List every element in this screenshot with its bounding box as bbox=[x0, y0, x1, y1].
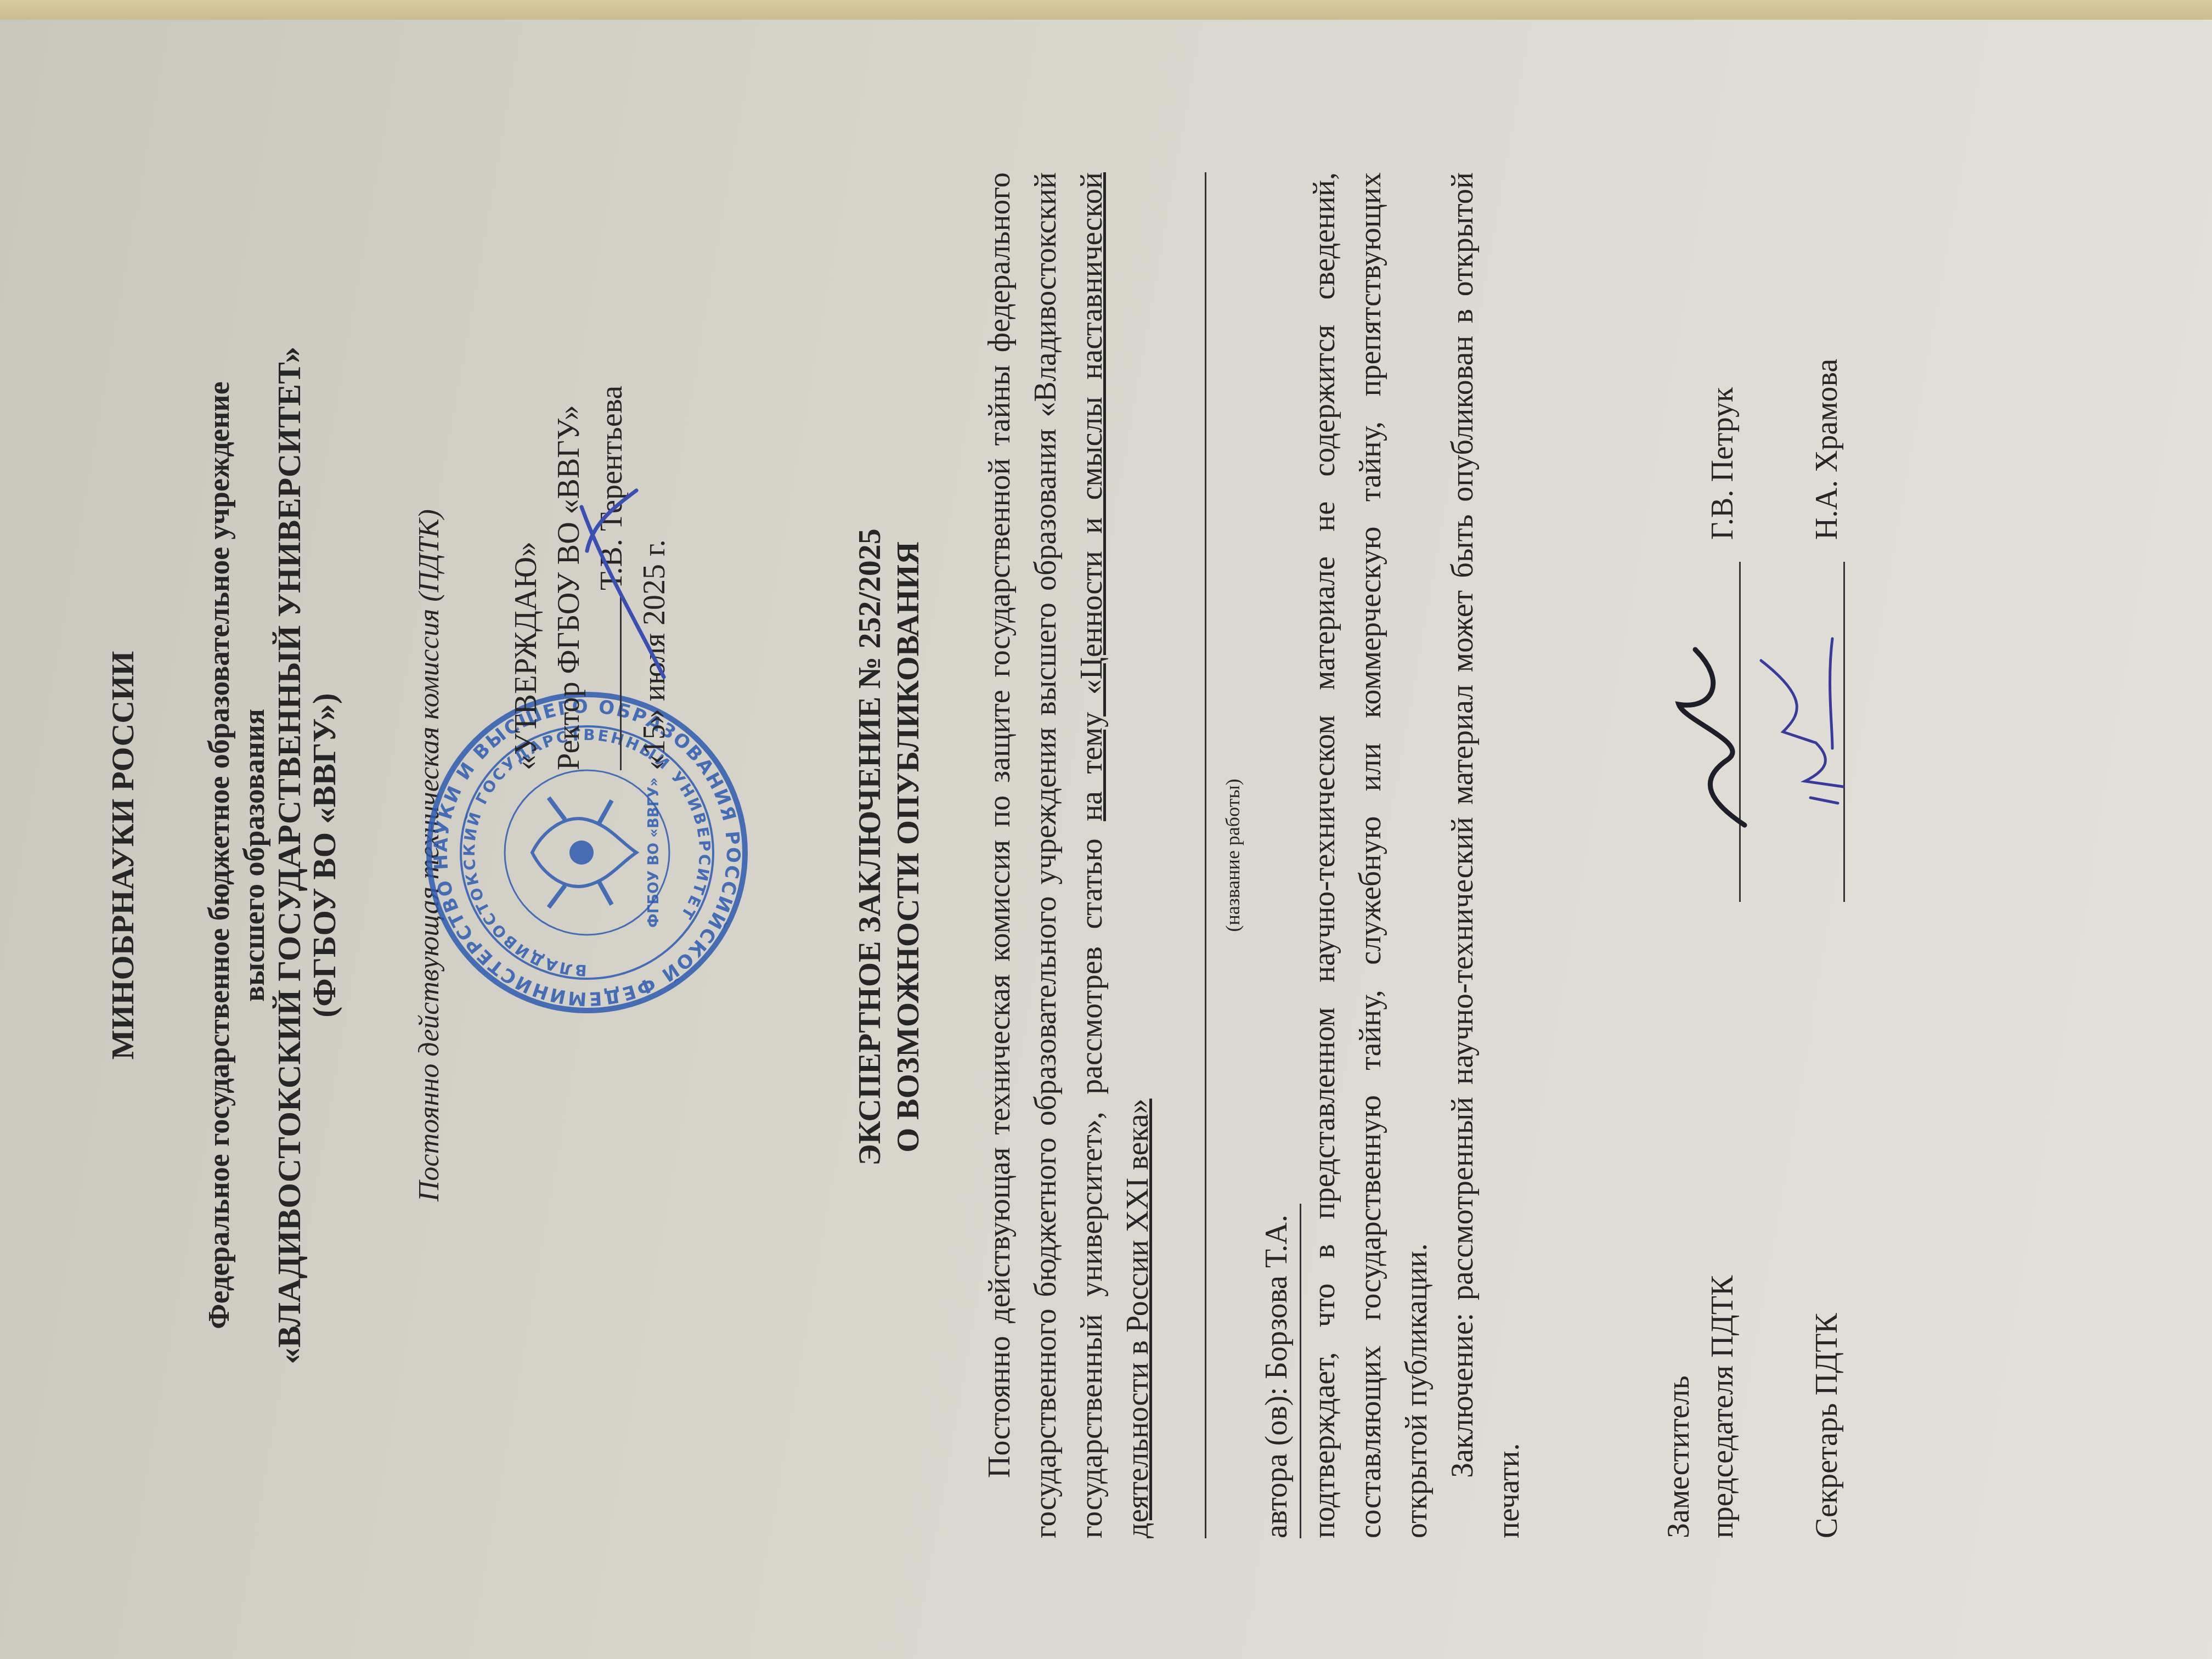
approval-block: «УТВЕРЖДАЮ» Ректор ФГБОУ ВО «ВВГУ» Т.В. … bbox=[505, 112, 676, 770]
deputy-name: Г.В. Петрук bbox=[1701, 387, 1745, 540]
approval-title: «УТВЕРЖДАЮ» bbox=[505, 112, 548, 770]
secretary-name: Н.А. Храмова bbox=[1805, 359, 1849, 540]
deputy-role: Заместитель председателя ПДТК bbox=[1657, 1099, 1745, 1538]
work-title-caption: (название работы) bbox=[1210, 172, 1254, 1538]
table-surface bbox=[0, 0, 2212, 22]
document-body: Постоянно действующая техническая комисс… bbox=[977, 172, 1532, 1538]
paragraph-confirmation: подтверждает, что в представленном научн… bbox=[1301, 172, 1440, 1538]
author-row: автора (ов): Борзова Т.А. bbox=[1254, 172, 1301, 1538]
secretary-signature-icon bbox=[1750, 617, 1860, 825]
paper-sheet: МИНОБРНАУКИ РОССИИ Федеральное государст… bbox=[0, 20, 2212, 1659]
org-line-1: Федеральное государственное бюджетное об… bbox=[201, 172, 236, 1538]
title-line-1: ЭКСПЕРТНОЕ ЗАКЛЮЧЕНИЕ № 252/2025 bbox=[850, 35, 889, 1659]
ministry-heading: МИНОБРНАУКИ РОССИИ bbox=[104, 172, 141, 1538]
secretary-role: Секретарь ПДТК bbox=[1805, 1099, 1849, 1538]
signature-row-deputy: Заместитель председателя ПДТК Г.В. Петру… bbox=[1657, 172, 1783, 1538]
org-line-4: (ФГБОУ ВО «ВВГУ») bbox=[307, 172, 342, 1538]
org-line-2: высшего образования bbox=[236, 172, 272, 1538]
title-fill-line bbox=[1161, 172, 1206, 1538]
document-title: ЭКСПЕРТНОЕ ЗАКЛЮЧЕНИЕ № 252/2025 О ВОЗМО… bbox=[850, 35, 927, 1659]
author-name: автора (ов): Борзова Т.А. bbox=[1254, 1204, 1301, 1538]
org-line-3: «ВЛАДИВОСТОКСКИЙ ГОСУДАРСТВЕННЫЙ УНИВЕРС… bbox=[272, 172, 307, 1538]
title-line-2: О ВОЗМОЖНОСТИ ОПУБЛИКОВАНИЯ bbox=[889, 35, 927, 1659]
organization-name: Федеральное государственное бюджетное об… bbox=[201, 172, 342, 1538]
signature-block: Заместитель председателя ПДТК Г.В. Петру… bbox=[1657, 172, 1909, 1538]
deputy-role-line-1: Заместитель bbox=[1657, 1099, 1701, 1538]
stamp-abbr: ФГБОУ ВО «ВВГУ» bbox=[646, 777, 662, 928]
deputy-signature-icon bbox=[1662, 628, 1761, 847]
rector-signature-icon bbox=[571, 479, 680, 688]
paragraph-conclusion: Заключение: рассмотренный научно-техниче… bbox=[1440, 172, 1532, 1538]
document-page: МИНОБРНАУКИ РОССИИ Федеральное государст… bbox=[0, 35, 2212, 1659]
deputy-role-line-2: председателя ПДТК bbox=[1701, 1099, 1745, 1538]
paragraph-review: Постоянно действующая техническая комисс… bbox=[977, 172, 1161, 1538]
signature-row-secretary: Секретарь ПДТК Н.А. Храмова bbox=[1783, 172, 1909, 1538]
